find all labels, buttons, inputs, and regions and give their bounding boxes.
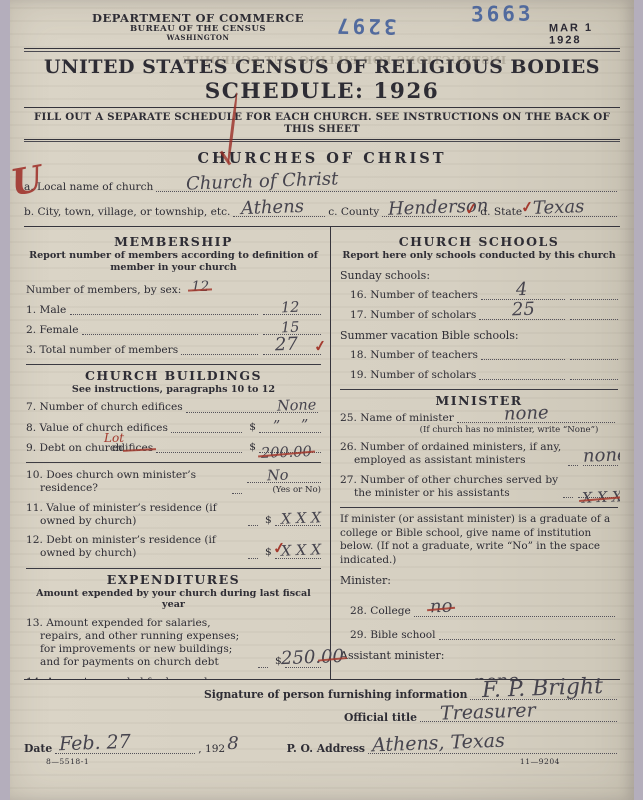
serial-stamp-right: 3663 xyxy=(471,1,534,26)
state-label: d. State xyxy=(480,206,522,219)
minister-name-label: 25. Name of minister xyxy=(340,412,454,425)
hw-ordained: none xyxy=(582,444,620,468)
membership-title: MEMBERSHIP xyxy=(26,234,321,249)
year-printed: , 192 xyxy=(198,743,225,756)
graduate-instructions: If minister (or assistant minister) is a… xyxy=(340,513,618,567)
hw-local-name: Church of Christ xyxy=(186,168,339,196)
row-8: 8. Value of church edifices $ ” ” xyxy=(26,421,321,435)
row-7: 7. Number of church edifices None xyxy=(26,401,321,414)
yes-or-no-note: (Yes or No) xyxy=(272,485,321,496)
row-male: 1. Male 12 xyxy=(26,303,321,317)
official-title-label: Official title xyxy=(344,711,417,724)
row-26: 26. Number of ordained ministers, if any… xyxy=(340,441,618,467)
by-sex-label: Number of members, by sex: xyxy=(26,284,181,297)
row-11: 11. Value of minister’s residence (if ow… xyxy=(26,502,321,528)
edifices-label: 7. Number of church edifices xyxy=(26,401,183,414)
row-29: 29. Bible school xyxy=(350,629,618,642)
received-date-stamp: MAR 1 1928 xyxy=(549,21,620,46)
form-body-columns: MEMBERSHIP Report number of members acco… xyxy=(24,226,620,680)
hw-ditto: ” ” xyxy=(273,416,317,436)
ordained-line: none xyxy=(583,454,618,466)
hw-minister-name: none xyxy=(504,402,549,426)
dollar-sign: $ xyxy=(249,421,256,434)
total-members-line: 27 ✓ xyxy=(263,343,321,355)
row-9: 9. Debt on church edifices Lot $ 200.00 xyxy=(26,441,321,455)
college-label: 28. College xyxy=(350,605,411,618)
sunday-schools-group: Sunday schools: xyxy=(340,269,618,282)
rule-top xyxy=(24,48,620,49)
county-label: c. County xyxy=(328,206,379,219)
expenditures-subtitle: Amount expended by your church during la… xyxy=(26,588,321,611)
hw-ss-scholars: 25 xyxy=(511,299,535,322)
residence-debt-label: 12. Debt on minister’s residence (if own… xyxy=(26,534,245,560)
female-label: 2. Female xyxy=(26,324,79,337)
struck-cents: 00 xyxy=(320,646,344,669)
schools-title: CHURCH SCHOOLS xyxy=(340,234,618,249)
minister-group-label: Minister: xyxy=(340,574,618,587)
hw-po-address: Athens, Texas xyxy=(372,730,506,758)
members-by-sex: Number of members, by sex: 12 xyxy=(26,279,321,297)
schedule-year: SCHEDULE: 1926 xyxy=(24,79,620,104)
hw-total-count: 27 xyxy=(275,334,299,357)
vbs-scholars-label: 19. Number of scholars xyxy=(350,369,476,382)
field-local-name: a. Local name of church Church of Christ xyxy=(24,181,620,194)
vbs-teachers-label: 18. Number of teachers xyxy=(350,349,478,362)
official-title-line: Treasurer xyxy=(420,721,617,722)
salaries-line: 250.00 xyxy=(285,656,321,668)
agency-dept: DEPARTMENT OF COMMERCE xyxy=(92,12,304,25)
hw-year-digit: 8 xyxy=(227,733,238,756)
signature-line: F. P. Bright xyxy=(470,699,617,700)
left-column: MEMBERSHIP Report number of members acco… xyxy=(24,227,331,679)
po-address-label: P. O. Address xyxy=(287,742,365,755)
scanned-form: DEPARTMENT OF COMMERCE BUREAU OF THE CEN… xyxy=(10,0,634,800)
schools-subtitle: Report here only schools conducted by th… xyxy=(340,250,618,262)
instruction-banner: FILL OUT A SEPARATE SCHEDULE FOR EACH CH… xyxy=(24,108,620,139)
other-churches-line: X X X xyxy=(578,486,618,498)
residence-value-line: X X X xyxy=(275,514,321,526)
struck-word-edifices: edifices Lot xyxy=(126,442,153,455)
row-18: 18. Number of teachers xyxy=(350,348,618,362)
membership-subtitle: Report number of members according to de… xyxy=(26,250,321,273)
hw-male-count: 12 xyxy=(281,299,300,318)
row-17: 17. Number of scholars 25 xyxy=(350,308,618,322)
po-address-line: Athens, Texas xyxy=(368,753,617,754)
hw-city: Athens xyxy=(241,196,305,221)
row-19: 19. Number of scholars xyxy=(350,368,618,382)
dollar-sign: $ xyxy=(249,441,256,454)
debt-label: 9. Debt on church edifices Lot xyxy=(26,442,153,455)
agency-city: WASHINGTON xyxy=(92,34,304,42)
hw-salaries-amount: 250.00 xyxy=(280,646,344,671)
right-column: CHURCH SCHOOLS Report here only schools … xyxy=(331,227,620,679)
no-minister-note: (If church has no minister, write “None”… xyxy=(400,425,618,435)
row-27: 27. Number of other churches served by t… xyxy=(340,474,618,500)
vacation-schools-group: Summer vacation Bible schools: xyxy=(340,329,618,342)
date-label: Date xyxy=(24,742,52,755)
city-line: Athens xyxy=(233,216,325,217)
form-code: 8—5518-1 xyxy=(46,757,89,766)
serial-stamp-left: 3297 xyxy=(334,13,397,38)
red-check-total: ✓ xyxy=(313,336,328,356)
hw-struck-12: 12 xyxy=(191,279,209,297)
row-total-members: 3. Total number of members 27 ✓ xyxy=(26,343,321,357)
hw-date: Feb. 27 xyxy=(59,731,132,757)
male-line: 12 xyxy=(263,303,321,315)
hw-college-no: no xyxy=(429,596,452,619)
row-25: 25. Name of minister none xyxy=(340,412,618,425)
row-10: 10. Does church own minister’s residence… xyxy=(26,469,321,495)
hw-official-title: Treasurer xyxy=(440,699,537,726)
salaries-label: 13. Amount expended for salaries, repair… xyxy=(26,617,255,670)
print-code: 11—9204 xyxy=(520,757,560,766)
red-check-12: ✓ xyxy=(272,538,287,558)
debt-line: 200.00 xyxy=(259,441,321,453)
expenditures-title: EXPENDITURES xyxy=(26,572,321,587)
red-check-county: ✓ xyxy=(463,200,478,220)
other-churches-label: 27. Number of other churches served by t… xyxy=(340,474,560,500)
hw-xxx-11: X X X xyxy=(280,509,321,529)
residence-q-label: 10. Does church own minister’s residence… xyxy=(26,469,229,495)
local-name-line: Church of Christ xyxy=(156,191,617,192)
official-title-row: Official title Treasurer xyxy=(24,711,620,724)
hw-xxx-27: X X X xyxy=(582,488,620,508)
buildings-subtitle: See instructions, paragraphs 10 to 12 xyxy=(26,384,321,396)
dollar-sign: $ xyxy=(265,514,272,527)
hw-state: Texas xyxy=(533,196,585,220)
row-14: 14. Amount expended for benevolences, in… xyxy=(26,676,321,681)
hw-debt-amount: 200.00 xyxy=(261,443,312,463)
residence-line: No xyxy=(247,471,321,483)
denomination-heading: CHURCHES OF CHRIST xyxy=(24,150,620,167)
hw-residence-answer: No xyxy=(267,466,289,485)
ss-scholars-label: 17. Number of scholars xyxy=(350,309,476,322)
bible-school-label: 29. Bible school xyxy=(350,629,436,642)
form-header: DEPARTMENT OF COMMERCE BUREAU OF THE CEN… xyxy=(24,0,620,48)
date-po-row: Date Feb. 27 , 192 8 P. O. Address Athen… xyxy=(24,733,620,756)
state-line: ✓ Texas xyxy=(525,216,617,217)
dollar-sign: $ xyxy=(265,546,272,559)
date-line: Feb. 27 xyxy=(55,753,195,754)
minister-title: MINISTER xyxy=(340,393,618,408)
male-label: 1. Male xyxy=(26,304,67,317)
benevolences-label: 14. Amount expended for benevolences, in… xyxy=(26,676,255,681)
buildings-title: CHURCH BUILDINGS xyxy=(26,368,321,383)
field-location: b. City, town, village, or township, etc… xyxy=(24,206,620,219)
total-members-label: 3. Total number of members xyxy=(26,344,178,357)
city-label: b. City, town, village, or township, etc… xyxy=(24,206,230,219)
row-12: 12. Debt on minister’s residence (if own… xyxy=(26,534,321,560)
row-13: 13. Amount expended for salaries, repair… xyxy=(26,617,321,670)
hw-edifices: None xyxy=(276,396,316,415)
row-16: 16. Number of teachers 4 xyxy=(350,288,618,302)
assistant-group-label: Assistant minister: xyxy=(340,649,618,662)
hw-xxx-12: X X X xyxy=(280,542,321,562)
county-line: Henderson ✓ xyxy=(382,216,477,217)
hw-red-lot: Lot xyxy=(118,431,124,446)
form-title: UNITED STATES CENSUS OF RELIGIOUS BODIES xyxy=(24,56,620,78)
edifice-value-line: ” ” xyxy=(259,421,321,433)
agency-block: DEPARTMENT OF COMMERCE BUREAU OF THE CEN… xyxy=(92,12,304,42)
residence-debt-line: X X X ✓ xyxy=(275,547,321,559)
ordained-label: 26. Number of ordained ministers, if any… xyxy=(340,441,565,467)
form-footer: Signature of person furnishing informati… xyxy=(24,688,620,765)
signature-label: Signature of person furnishing informati… xyxy=(204,688,467,701)
row-28: 28. College no xyxy=(350,593,618,619)
ss-teachers-label: 16. Number of teachers xyxy=(350,289,478,302)
residence-value-label: 11. Value of minister’s residence (if ow… xyxy=(26,502,245,528)
edifice-value-label: 8. Value of church edifices xyxy=(26,422,168,435)
